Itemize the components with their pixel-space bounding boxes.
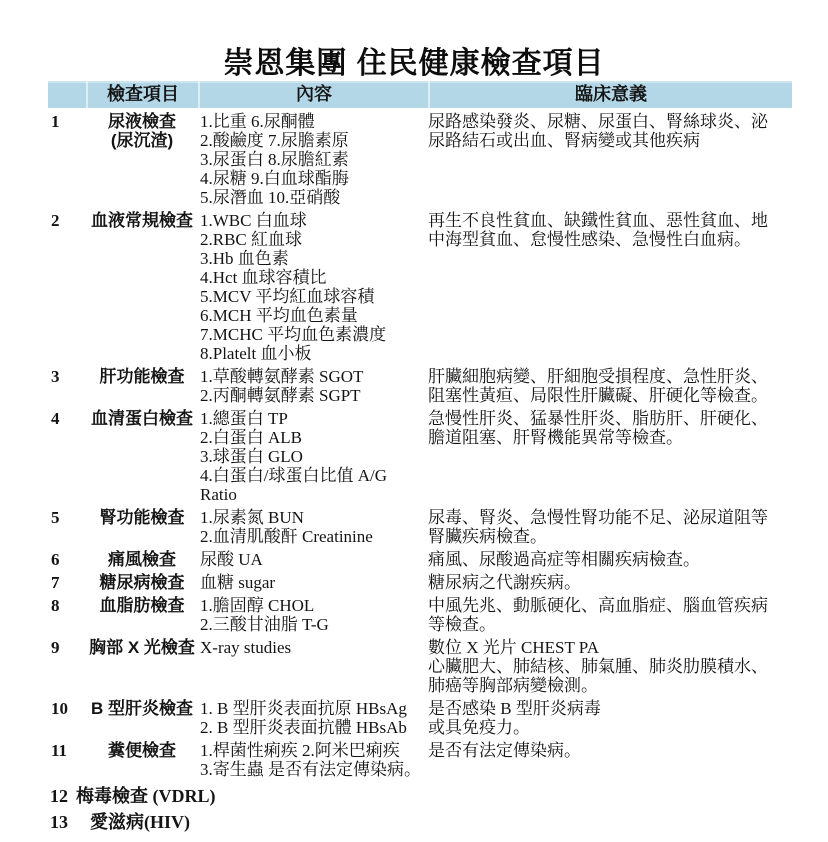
- row-number: 10: [48, 699, 86, 737]
- table-row: 9 胸部 X 光檢查 X-ray studies 數位 X 光片 CHEST P…: [48, 638, 792, 695]
- row-significance: 數位 X 光片 CHEST PA 心臟肥大、肺結核、肺氣腫、肺炎肋膜積水、肺癌等…: [428, 638, 792, 695]
- row-item-name: 腎功能檢查: [86, 508, 198, 546]
- header-item: 檢查項目: [86, 81, 198, 108]
- table-row: 5 腎功能檢查 1.尿素氮 BUN 2.血清肌酸酐 Creatinine 尿毒、…: [48, 508, 792, 546]
- row-significance: 是否感染 B 型肝炎病毒 或具免疫力。: [428, 699, 792, 737]
- table-row: 1 尿液檢查 (尿沉渣) 1.比重 6.尿酮體 2.酸鹼度 7.尿膽素原 3.尿…: [48, 112, 792, 207]
- footer-row-hiv: 13 愛滋病(HIV): [48, 809, 792, 835]
- row-significance: 糖尿病之代謝疾病。: [428, 573, 792, 592]
- row-significance: 肝臟細胞病變、肝細胞受損程度、急性肝炎、阻塞性黃疸、局限性肝臟礙、肝硬化等檢查。: [428, 367, 792, 405]
- table-body: 1 尿液檢查 (尿沉渣) 1.比重 6.尿酮體 2.酸鹼度 7.尿膽素原 3.尿…: [48, 112, 792, 835]
- row-number: 6: [48, 550, 86, 569]
- table-row: 8 血脂肪檢查 1.膽固醇 CHOL 2.三酸甘油脂 T-G 中風先兆、動脈硬化…: [48, 596, 792, 634]
- row-number: 5: [48, 508, 86, 546]
- header-content: 內容: [198, 81, 428, 108]
- row-item-name: 血脂肪檢查: [86, 596, 198, 634]
- row-number: 2: [48, 211, 86, 363]
- row-number: 4: [48, 409, 86, 504]
- row-item-name: 血清蛋白檢查: [86, 409, 198, 504]
- table-header-row: 檢查項目 內容 臨床意義: [48, 81, 792, 108]
- row-item-name: 尿液檢查 (尿沉渣): [86, 112, 198, 207]
- row-item-name: 糖尿病檢查: [86, 573, 198, 592]
- footer-row-syphilis: 12 梅毒檢查 (VDRL): [48, 783, 792, 809]
- row-content: 血糖 sugar: [198, 573, 428, 592]
- row-number: 7: [48, 573, 86, 592]
- row-significance: 急慢性肝炎、猛暴性肝炎、脂肪肝、肝硬化、膽道阻塞、肝腎機能異常等檢查。: [428, 409, 792, 504]
- page-title: 崇恩集團 住民健康檢查項目: [0, 38, 828, 82]
- row-item-name: 血液常規檢查: [86, 211, 198, 363]
- row-number: 3: [48, 367, 86, 405]
- row-item-name: 愛滋病(HIV): [90, 809, 190, 835]
- row-significance: 痛風、尿酸過高症等相關疾病檢查。: [428, 550, 792, 569]
- row-item-name: B 型肝炎檢查: [86, 699, 198, 737]
- row-number: 11: [48, 741, 86, 779]
- row-number: 13: [48, 809, 76, 835]
- row-content: 尿酸 UA: [198, 550, 428, 569]
- row-number: 12: [48, 783, 76, 809]
- table-row: 4 血清蛋白檢查 1.總蛋白 TP 2.白蛋白 ALB 3.球蛋白 GLO 4.…: [48, 409, 792, 504]
- table-row: 6 痛風檢查 尿酸 UA 痛風、尿酸過高症等相關疾病檢查。: [48, 550, 792, 569]
- row-content: 1.總蛋白 TP 2.白蛋白 ALB 3.球蛋白 GLO 4.白蛋白/球蛋白比值…: [198, 409, 428, 504]
- row-significance: 是否有法定傳染病。: [428, 741, 792, 779]
- row-content: X-ray studies: [198, 638, 428, 695]
- row-significance: 再生不良性貧血、缺鐵性貧血、惡性貧血、地中海型貧血、怠慢性感染、急慢性白血病。: [428, 211, 792, 363]
- table-row: 3 肝功能檢查 1.草酸轉氨酵素 SGOT 2.丙酮轉氨酵素 SGPT 肝臟細胞…: [48, 367, 792, 405]
- row-significance: 尿路感染發炎、尿糖、尿蛋白、腎絲球炎、泌尿路結石或出血、腎病變或其他疾病: [428, 112, 792, 207]
- row-content: 1.尿素氮 BUN 2.血清肌酸酐 Creatinine: [198, 508, 428, 546]
- table-row: 10 B 型肝炎檢查 1. B 型肝炎表面抗原 HBsAg 2. B 型肝炎表面…: [48, 699, 792, 737]
- row-item-name: 糞便檢查: [86, 741, 198, 779]
- row-content: 1.比重 6.尿酮體 2.酸鹼度 7.尿膽素原 3.尿蛋白 8.尿膽紅素 4.尿…: [198, 112, 428, 207]
- document-page: 崇恩集團 住民健康檢查項目 檢查項目 內容 臨床意義 1 尿液檢查 (尿沉渣) …: [0, 0, 828, 842]
- health-check-table: 檢查項目 內容 臨床意義 1 尿液檢查 (尿沉渣) 1.比重 6.尿酮體 2.酸…: [48, 81, 792, 835]
- row-content: 1. B 型肝炎表面抗原 HBsAg 2. B 型肝炎表面抗體 HBsAb: [198, 699, 428, 737]
- header-significance: 臨床意義: [428, 81, 792, 108]
- row-content: 1.WBC 白血球 2.RBC 紅血球 3.Hb 血色素 4.Hct 血球容積比…: [198, 211, 428, 363]
- row-item-name: 胸部 X 光檢查: [86, 638, 198, 695]
- row-significance: 尿毒、腎炎、急慢性腎功能不足、泌尿道阻等腎臟疾病檢查。: [428, 508, 792, 546]
- table-row: 11 糞便檢查 1.桿菌性痢疾 2.阿米巴痢疾 3.寄生蟲 是否有法定傳染病。 …: [48, 741, 792, 779]
- row-number: 1: [48, 112, 86, 207]
- row-significance: 中風先兆、動脈硬化、高血脂症、腦血管疾病等檢查。: [428, 596, 792, 634]
- row-item-name: 肝功能檢查: [86, 367, 198, 405]
- row-item-name: 痛風檢查: [86, 550, 198, 569]
- row-content: 1.桿菌性痢疾 2.阿米巴痢疾 3.寄生蟲 是否有法定傳染病。: [198, 741, 428, 779]
- row-item-name: 梅毒檢查 (VDRL): [76, 783, 216, 809]
- table-row: 2 血液常規檢查 1.WBC 白血球 2.RBC 紅血球 3.Hb 血色素 4.…: [48, 211, 792, 363]
- row-content: 1.膽固醇 CHOL 2.三酸甘油脂 T-G: [198, 596, 428, 634]
- row-content: 1.草酸轉氨酵素 SGOT 2.丙酮轉氨酵素 SGPT: [198, 367, 428, 405]
- table-row: 7 糖尿病檢查 血糖 sugar 糖尿病之代謝疾病。: [48, 573, 792, 592]
- row-number: 8: [48, 596, 86, 634]
- row-number: 9: [48, 638, 86, 695]
